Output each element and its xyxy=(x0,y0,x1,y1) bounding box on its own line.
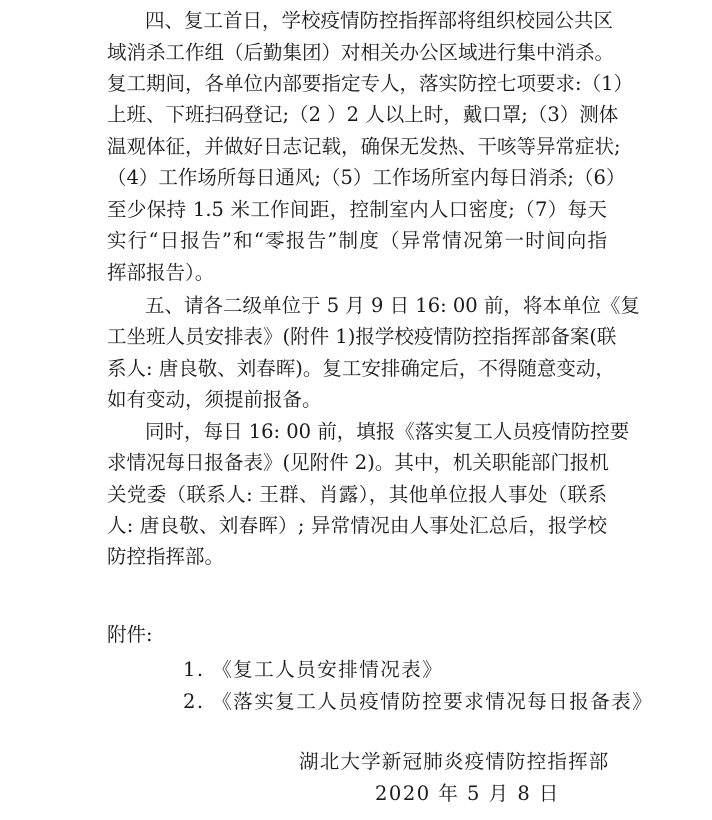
attachment-item-2: 2. 《落实复工人员疫情防控要求情况每日报备表》 xyxy=(183,686,653,717)
text-line: 如有变动，须提前报备。 xyxy=(107,384,607,415)
signature-organization: 湖北大学新冠肺炎疫情防控指挥部 xyxy=(299,746,610,777)
text-line: 实行“日报告”和“零报告”制度（异常情况第一时间向指 xyxy=(107,225,607,256)
text-line: 人: 唐良敬、刘春晖）; 异常情况由人事处汇总后，报学校 xyxy=(107,510,607,541)
text-line: 四、复工首日，学校疫情防控指挥部将组织校园公共区 xyxy=(145,5,607,36)
text-line: 域消杀工作组（后勤集团）对相关办公区域进行集中消杀。 xyxy=(107,37,607,68)
text-line: 防控指挥部。 xyxy=(107,541,607,572)
text-line: 求情况每日报备表》(见附件 2)。其中，机关职能部门报机 xyxy=(107,447,607,478)
text-line: （4）工作场所每日通风;（5）工作场所室内每日消杀;（6） xyxy=(107,162,607,193)
text-line: 温观体征，并做好日志记载，确保无发热、干咳等异常症状; xyxy=(107,131,607,162)
text-line: 工坐班人员安排表》(附件 1)报学校疫情防控指挥部备案(联 xyxy=(107,321,607,352)
text-line: 同时，每日 16: 00 前，填报《落实复工人员疫情防控要 xyxy=(145,416,607,447)
text-line: 复工期间，各单位内部要指定专人，落实防控七项要求:（1） xyxy=(107,68,607,99)
text-line: 五、请各二级单位于 5 月 9 日 16: 00 前，将本单位《复 xyxy=(145,290,607,321)
attachment-item-1: 1. 《复工人员安排情况表》 xyxy=(183,654,443,685)
text-line: 关党委（联系人: 王群、肖露），其他单位报人事处（联系 xyxy=(107,479,607,510)
text-line: 挥部报告）。 xyxy=(107,257,607,288)
text-line: 至少保持 1.5 米工作间距，控制室内人口密度;（7）每天 xyxy=(107,194,607,225)
text-line: 系人: 唐良敬、刘春晖)。复工安排确定后，不得随意变动， xyxy=(107,353,607,384)
signature-date: 2020 年 5 月 8 日 xyxy=(375,778,560,809)
text-line: 上班、下班扫码登记;（2 ）2 人以上时，戴口罩;（3）测体 xyxy=(107,99,607,130)
attachments-label: 附件: xyxy=(107,619,153,650)
